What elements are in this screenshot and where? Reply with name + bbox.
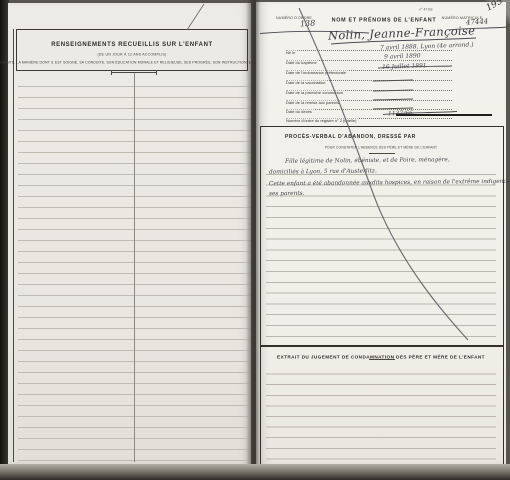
field-label-communion: Date de la première communion xyxy=(286,91,345,96)
field-label-vaccination: Date de la vaccination xyxy=(286,81,327,86)
child-name-title: NOM ET PRÉNOMS DE L'ENFANT xyxy=(332,17,437,23)
left-register-page: RENSEIGNEMENTS RECUEILLIS SUR L'ENFANT (… xyxy=(8,3,251,464)
left-page-title: RENSEIGNEMENTS RECUEILLIS SUR L'ENFANT xyxy=(51,41,213,48)
divider-ornament xyxy=(369,153,395,154)
column-divider-rule xyxy=(134,73,135,462)
ruled-writing-area xyxy=(266,364,496,460)
divider-ornament xyxy=(369,359,395,360)
handwritten-line: domiciliés à Lyon, 5 rue d'Austerlitz. xyxy=(269,168,377,175)
field-label-ordonnance: Date de l'ordonnance préfectorale xyxy=(286,71,348,76)
field-label-baptism: Date du baptême xyxy=(286,61,319,66)
scan-bottom-edge xyxy=(0,464,510,480)
jugement-section: EXTRAIT DU JUGEMENT DE CONDAMNATION DES … xyxy=(260,346,504,466)
child-name-handwritten: Nolin, Jeanne-Françoise xyxy=(328,23,476,42)
handwritten-line: ses parents. xyxy=(269,191,305,197)
field-label-registre: Numéro d'ordre du registre n° 2 (tutelle… xyxy=(286,118,358,123)
left-page-header-box: RENSEIGNEMENTS RECUEILLIS SUR L'ENFANT (… xyxy=(16,29,248,71)
book-gutter-shadow xyxy=(246,0,260,466)
left-page-margin-rule xyxy=(13,29,16,462)
field-label-remise: Date de la remise aux parents xyxy=(286,100,341,105)
left-page-note: SA SANTÉ, LA MANIÈRE DONT IL EST SOIGNÉ,… xyxy=(0,61,268,65)
tally-dashes xyxy=(396,114,492,116)
proces-verbal-title: PROCÈS-VERBAL D'ABANDON, DRESSÉ PAR xyxy=(285,134,416,140)
left-page-subtitle: (DE UN JOUR À 12 ANS ACCOMPLIS) xyxy=(97,53,166,57)
field-label-deces: Date du décès xyxy=(286,109,314,114)
order-number-value: 138 xyxy=(300,18,316,28)
right-register-page: NUMÉRO D'ORDRE 138 n° 47 bis NOM ET PRÉN… xyxy=(256,2,506,464)
proces-verbal-subtitle: POUR CONSTATER L'ABSENCE DES PÈRE ET MÈR… xyxy=(325,146,437,150)
dotted-rule xyxy=(286,50,452,51)
proces-verbal-section: PROCÈS-VERBAL D'ABANDON, DRESSÉ PAR POUR… xyxy=(260,126,504,346)
field-label-born: Né le xyxy=(286,51,297,56)
field-value-baptism: 9 avril 1890 xyxy=(384,52,421,60)
form-reference: n° 47 bis xyxy=(419,8,432,12)
